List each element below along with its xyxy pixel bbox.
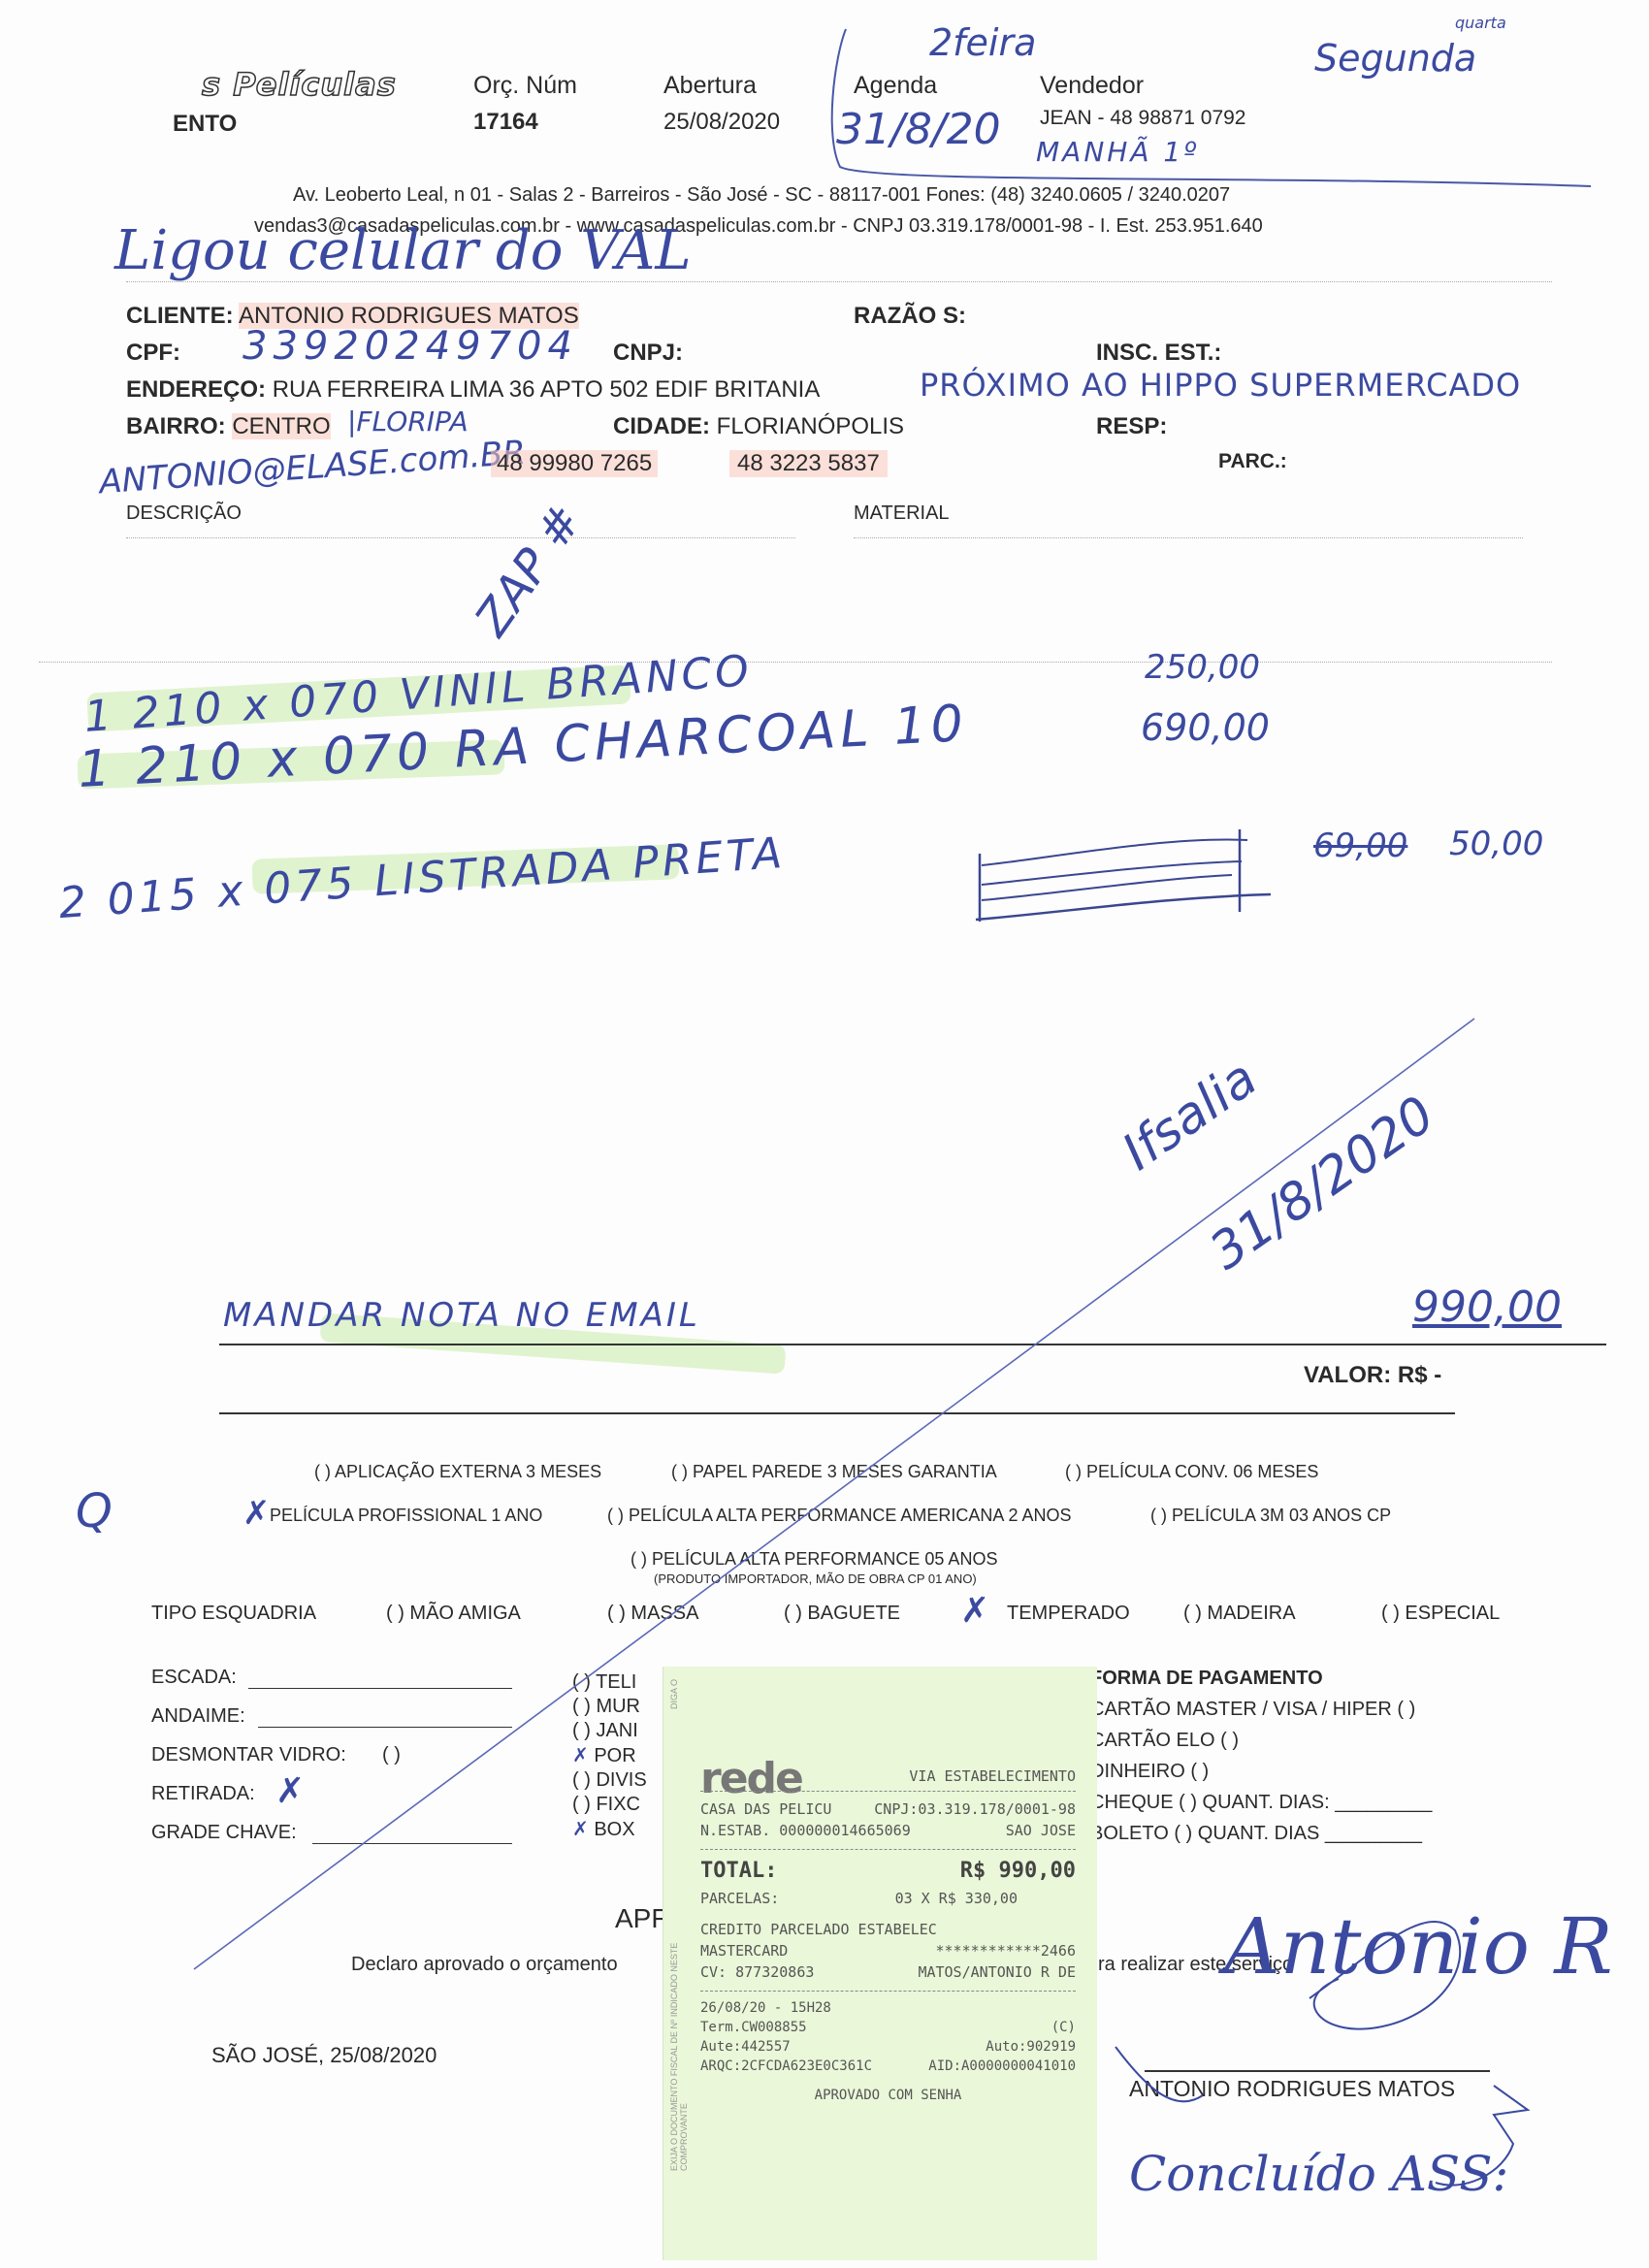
bairro-label: BAIRRO: [126, 413, 226, 439]
endereco-value: RUA FERREIRA LIMA 36 APTO 502 EDIF BRITA… [273, 376, 821, 403]
cpf-value-handwritten: 33920249704 [242, 324, 578, 369]
receipt-arqc-row: ARQC:2CFCDA623E0C361CAID:A0000000041010 [700, 2058, 1076, 2074]
top-handwritten-note: Ligou celular do VAL [114, 219, 692, 282]
warranty-alta-performance-05[interactable]: ( ) PELÍCULA ALTA PERFORMANCE 05 ANOS [630, 1549, 997, 1570]
signer-name: ANTONIO RODRIGUES MATOS [1129, 2076, 1455, 2102]
valor-label: VALOR: R$ - [1304, 1362, 1441, 1389]
warranty-3m[interactable]: ( ) PELÍCULA 3M 03 ANOS CP [1150, 1506, 1391, 1526]
grade-chave-label: GRADE CHAVE: [151, 1822, 297, 1844]
esquadria-baguete[interactable]: ( ) BAGUETE [784, 1603, 900, 1625]
orc-num-value: 17164 [473, 109, 538, 136]
document-type: ENTO [173, 111, 237, 138]
payment-option-elo[interactable]: CARTÃO ELO ( ) [1090, 1725, 1432, 1756]
parc-label: PARC.: [1218, 450, 1287, 473]
payment-option-card[interactable]: CARTÃO MASTER / VISA / HIPER ( ) [1090, 1694, 1432, 1725]
diagonal-signature-handwritten: Ifsalia [1113, 1049, 1268, 1182]
vendedor-value: JEAN - 48 98871 0792 [1040, 107, 1245, 130]
cnpj-label: CNPJ: [613, 340, 683, 367]
cidade-row: CIDADE: FLORIANÓPOLIS [613, 413, 904, 440]
receipt-total-row: TOTAL:R$ 990,00 [700, 1859, 1076, 1883]
company-logo: s Películas [202, 66, 397, 103]
location-option[interactable]: ( ) DIVIS [572, 1768, 647, 1793]
warranty-aplicacao-externa[interactable]: ( ) APLICAÇÃO EXTERNA 3 MESES [314, 1462, 601, 1482]
retirada-label: RETIRADA: [151, 1783, 255, 1805]
andaime-label: ANDAIME: [151, 1705, 245, 1728]
zap-note-handwritten: ZAP # [465, 495, 593, 645]
endereco-row: ENDEREÇO: RUA FERREIRA LIMA 36 APTO 502 … [126, 376, 820, 404]
location-option-checked[interactable]: ✗ BOX [572, 1817, 647, 1842]
abertura-label: Abertura [663, 72, 757, 100]
receipt-card-row: MASTERCARD************2466 [700, 1942, 1076, 1960]
receipt-type: CREDITO PARCELADO ESTABELEC [700, 1921, 1076, 1938]
top-right-small-note: quarta [1455, 14, 1506, 32]
esquadria-madeira[interactable]: ( ) MADEIRA [1183, 1603, 1296, 1625]
cliente-label: CLIENTE: [126, 303, 234, 329]
payment-option-cheque[interactable]: CHEQUE ( ) QUANT. DIAS: _________ [1090, 1787, 1432, 1818]
payment-section: FORMA DE PAGAMENTO CARTÃO MASTER / VISA … [1090, 1663, 1432, 1849]
payment-title: FORMA DE PAGAMENTO [1090, 1663, 1432, 1694]
esquadria-temperado-checked[interactable]: TEMPERADO [1007, 1603, 1130, 1625]
item-1-price: 250,00 [1145, 648, 1260, 687]
approval-declaration-left: Declaro aprovado o orçamento [351, 1954, 618, 1976]
place-date: SÃO JOSÉ, 25/08/2020 [211, 2043, 436, 2068]
warranty-note: (PRODUTO IMPORTADOR, MÃO DE OBRA CP 01 A… [654, 1571, 977, 1586]
receipt-status: APROVADO COM SENHA [700, 2088, 1076, 2103]
receipt-merchant-row: CASA DAS PELICUCNPJ:03.319.178/0001-98 [700, 1800, 1076, 1818]
footer-note-handwritten: MANDAR NOTA NO EMAIL [223, 1296, 700, 1335]
cidade-value: FLORIANÓPOLIS [717, 413, 904, 439]
esquadria-massa[interactable]: ( ) MASSA [607, 1603, 698, 1625]
payment-option-cash[interactable]: DINHEIRO ( ) [1090, 1756, 1432, 1787]
location-option[interactable]: ( ) JANI [572, 1719, 647, 1743]
card-receipt: DIGA O EXIJA O DOCUMENTO FISCAL DE Nº IN… [663, 1667, 1097, 2260]
payment-option-boleto[interactable]: BOLETO ( ) QUANT. DIAS _________ [1090, 1818, 1432, 1849]
vendedor-note-handwritten: MANHÃ 1º [1036, 136, 1199, 168]
receipt-datetime: 26/08/20 - 15H28 [700, 2000, 1076, 2016]
location-options: ( ) TELI ( ) MUR ( ) JANI ✗ POR ( ) DIVI… [572, 1670, 647, 1842]
receipt-via: VIA ESTABELECIMENTO [700, 1767, 1076, 1785]
item-3-price-struck: 69,00 [1313, 826, 1407, 865]
location-option[interactable]: ( ) MUR [572, 1695, 647, 1719]
cpf-label: CPF: [126, 340, 180, 367]
email-handwritten: ANTONIO@ELASE.com.BR [98, 434, 527, 502]
item-3-price: 50,00 [1449, 825, 1543, 863]
company-address: Av. Leoberto Leal, n 01 - Salas 2 - Barr… [293, 184, 1230, 207]
receipt-estab-row: N.ESTAB. 000000014665069SAO JOSE [700, 1822, 1076, 1839]
concluded-note-handwritten: Concluído ASS: [1129, 2146, 1508, 2202]
receipt-auth-row: Aute:442557Auto:902919 [700, 2039, 1076, 2055]
esquadria-especial[interactable]: ( ) ESPECIAL [1381, 1603, 1500, 1625]
phone-landline: 48 3223 5837 [729, 450, 888, 477]
warranty-pelicula-conv[interactable]: ( ) PELÍCULA CONV. 06 MESES [1065, 1462, 1318, 1482]
warranty-alta-performance-americana[interactable]: ( ) PELÍCULA ALTA PERFORMANCE AMERICANA … [607, 1506, 1071, 1526]
material-label: MATERIAL [854, 502, 950, 525]
agenda-label: Agenda [854, 72, 937, 100]
escada-label: ESCADA: [151, 1667, 237, 1689]
desmontar-label: DESMONTAR VIDRO: [151, 1744, 346, 1766]
total-handwritten: 990,00 [1412, 1282, 1562, 1332]
cidade-label: CIDADE: [613, 413, 710, 439]
retirada-check-icon[interactable]: ✗ [275, 1771, 305, 1811]
insc-est-label: INSC. EST.: [1096, 340, 1221, 367]
esquadria-label: TIPO ESQUADRIA [151, 1603, 316, 1625]
item-2-price: 690,00 [1141, 706, 1270, 749]
agenda-weekday-handwritten: 2feira [929, 21, 1036, 64]
resp-label: RESP: [1096, 413, 1167, 440]
location-option-checked[interactable]: ✗ POR [572, 1743, 647, 1768]
receipt-parcelas-row: PARCELAS:03 X R$ 330,00 [700, 1890, 1076, 1907]
bairro-row: BAIRRO: CENTRO [126, 413, 331, 440]
check-mark-icon: ✗ [242, 1494, 271, 1533]
top-right-note-handwritten: Segunda [1314, 37, 1476, 80]
desmontar-checkbox[interactable]: ( ) [382, 1744, 401, 1766]
agenda-date-handwritten: 31/8/20 [836, 105, 1001, 154]
margin-mark-handwritten: Q [76, 1484, 113, 1539]
esquadria-mao-amiga[interactable]: ( ) MÃO AMIGA [386, 1603, 521, 1625]
bairro-note-handwritten: |FLORIPA [347, 405, 469, 437]
receipt-term-row: Term.CW008855(C) [700, 2020, 1076, 2035]
warranty-profissional-checked[interactable]: PELÍCULA PROFISSIONAL 1 ANO [270, 1506, 542, 1526]
vendedor-label: Vendedor [1040, 72, 1144, 100]
abertura-value: 25/08/2020 [663, 109, 780, 136]
warranty-papel-parede[interactable]: ( ) PAPEL PAREDE 3 MESES GARANTIA [671, 1462, 997, 1482]
receipt-cv-row: CV: 877320863MATOS/ANTONIO R DE [700, 1963, 1076, 1981]
endereco-note-handwritten: PRÓXIMO AO HIPPO SUPERMERCADO [920, 367, 1521, 404]
endereco-label: ENDEREÇO: [126, 376, 266, 403]
bairro-value: CENTRO [232, 413, 330, 439]
item-3-description: 2 015 x 075 LISTRADA PRETA [57, 828, 787, 928]
descricao-label: DESCRIÇÃO [126, 502, 242, 525]
orc-num-label: Orç. Núm [473, 72, 577, 100]
check-mark-icon: ✗ [960, 1591, 989, 1631]
razao-label: RAZÃO S: [854, 303, 966, 330]
phone-mobile: 48 99980 7265 [491, 450, 658, 477]
location-option[interactable]: ( ) TELI [572, 1670, 647, 1695]
approval-title: APF [615, 1903, 667, 1934]
location-option[interactable]: ( ) FIXC [572, 1793, 647, 1817]
client-signature: Antonio R [1224, 1901, 1613, 1992]
